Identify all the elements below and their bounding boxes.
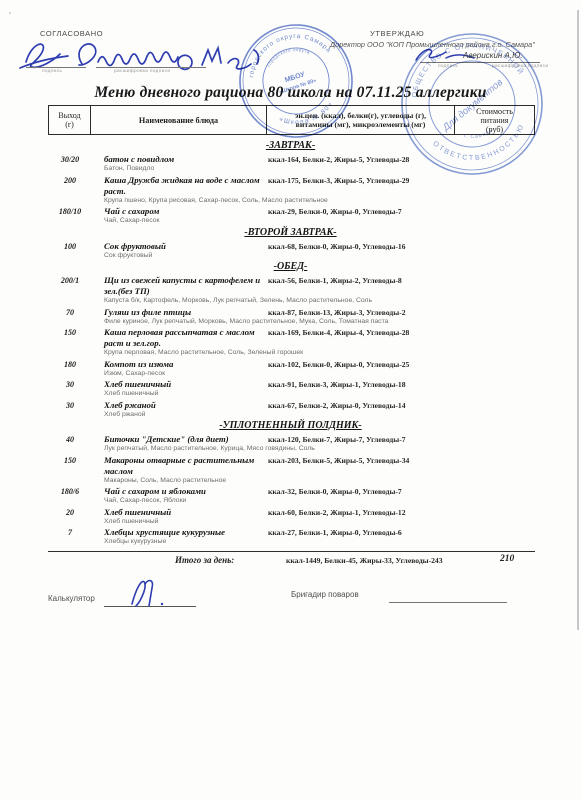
nutrition-info: ккал-29, Белки-0, Жиры-0, Углеводы-7	[268, 206, 468, 217]
menu-body: -ЗАВТРАК- 30/20 батон с повидлом ккал-16…	[0, 139, 581, 640]
nutrition-info: ккал-56, Белки-1, Жиры-2, Углеводы-8	[268, 275, 468, 297]
ingredients: Батон, Повидло	[96, 165, 468, 174]
dish-name: Гуляш из филе птицы	[96, 307, 264, 318]
ingredients: Капуста б/к, Картофель, Морковь, Лук реп…	[96, 297, 468, 306]
nutrition-info: ккал-32, Белки-0, Жиры-0, Углеводы-7	[268, 486, 468, 497]
menu-item: 30 Хлеб пшеничный ккал-91, Белки-3, Жиры…	[0, 379, 581, 399]
calculator-label: Калькулятор	[48, 594, 95, 603]
menu-item: 180 Компот из изюма ккал-102, Белки-0, Ж…	[0, 359, 581, 379]
dish-name: Хлеб пшеничный	[96, 507, 264, 518]
nutrition-info: ккал-175, Белки-3, Жиры-5, Углеводы-29	[268, 175, 468, 197]
portion-value: 180/10	[48, 206, 92, 217]
ingredients: Филе куриное, Лук репчатый, Морковь, Мас…	[96, 318, 468, 327]
portion-value: 30	[48, 379, 92, 390]
totals-cost: 210	[500, 554, 514, 564]
portion-value: 30	[48, 400, 92, 411]
portion-value: 20	[48, 507, 92, 518]
menu-item: 200/1 Щи из свежей капусты с картофелем …	[0, 275, 581, 306]
svg-text:городского округа Самара: городского округа Самара	[239, 22, 334, 80]
totals-label: Итого за день:	[175, 555, 234, 565]
svg-text:городского округа: городского округа	[263, 41, 312, 68]
calculator-signature-line	[104, 606, 196, 607]
ingredients: Чай, Сахар-песок, Яблоки	[96, 497, 468, 506]
school-stamp-arc-inner: городского округа	[263, 41, 312, 68]
ingredients: Хлеб ржаной	[96, 411, 468, 420]
menu-item: 150 Макароны отварные с растительным мас…	[0, 455, 581, 486]
scanned-menu-document: { "approvals": { "agreed": { "label": "С…	[0, 0, 581, 800]
menu-item: 200 Каша Дружба жидкая на воде с маслом …	[0, 175, 581, 206]
portion-value: 200	[48, 175, 92, 197]
header-cost: Стоимость питания (руб)	[455, 106, 534, 134]
menu-item: 40 Биточки "Детские" (для диет) ккал-120…	[0, 434, 581, 454]
nutrition-info: ккал-67, Белки-2, Жиры-0, Углеводы-14	[268, 400, 468, 411]
nutrition-info: ккал-91, Белки-3, Жиры-1, Углеводы-18	[268, 379, 468, 390]
dish-name: Чай с сахаром и яблоками	[96, 486, 264, 497]
dish-name: Хлеб ржаной	[96, 400, 264, 411]
nutrition-info: ккал-120, Белки-7, Жиры-7, Углеводы-7	[268, 434, 468, 445]
ingredients: Хлебцы кукурузные	[96, 538, 468, 547]
menu-item: 70 Гуляш из филе птицы ккал-87, Белки-13…	[0, 307, 581, 327]
nutrition-info: ккал-27, Белки-1, Жиры-0, Углеводы-6	[268, 527, 468, 538]
ingredients: Сок фруктовый	[96, 252, 468, 261]
dish-name: батон с повидлом	[96, 154, 264, 165]
brigade-signature-line	[389, 602, 507, 603]
header-dish: Наименование блюда	[91, 106, 267, 134]
portion-value: 7	[48, 527, 92, 538]
menu-item: 150 Каша перловая рассыпчатая с маслом р…	[0, 327, 581, 358]
approved-label: УТВЕРЖДАЮ	[370, 29, 424, 38]
scan-noise-dot	[9, 12, 11, 14]
ingredients: Изюм, Сахар-песок	[96, 370, 468, 379]
menu-item: 7 Хлебцы хрустящие кукурузные ккал-27, Б…	[0, 527, 581, 547]
section-title-snack: -УПЛОТНЕННЫЙ ПОЛДНИК-	[0, 420, 581, 432]
portion-value: 150	[48, 455, 92, 477]
totals-nutrition: ккал-1449, Белки-45, Жиры-33, Углеводы-2…	[286, 556, 443, 565]
menu-item: 20 Хлеб пшеничный ккал-60, Белки-2, Жиры…	[0, 507, 581, 527]
approved-transcript-caption: расшифровка подписи	[492, 64, 548, 69]
agreed-transcript-line	[96, 67, 206, 68]
nutrition-info: ккал-169, Белки-4, Жиры-4, Углеводы-28	[268, 327, 468, 349]
header-nutrition: эн.цен. (ккал), белки(г), углеводы (г), …	[267, 106, 455, 134]
menu-item: 100 Сок фруктовый ккал-68, Белки-0, Жиры…	[0, 241, 581, 261]
ingredients: Хлеб пшеничный	[96, 518, 468, 527]
menu-item: 180/10 Чай с сахаром ккал-29, Белки-0, Ж…	[0, 206, 581, 226]
section-title-second-breakfast: -ВТОРОЙ ЗАВТРАК-	[0, 227, 581, 239]
menu-item: 30/20 батон с повидлом ккал-164, Белки-2…	[0, 154, 581, 174]
dish-name: Чай с сахаром	[96, 206, 264, 217]
section-title-breakfast: -ЗАВТРАК-	[0, 140, 581, 152]
ingredients: Крупа пшено, Крупа рисовая, Сахар-песок,…	[96, 197, 468, 206]
approved-signature-caption: подпись	[438, 64, 458, 69]
approved-signature-line	[420, 62, 540, 63]
portion-value: 150	[48, 327, 92, 349]
portion-value: 100	[48, 241, 92, 252]
dish-name: Каша перловая рассыпчатая с маслом раст …	[96, 327, 264, 349]
portion-value: 70	[48, 307, 92, 318]
dish-name: Макароны отварные с растительным маслом	[96, 455, 264, 477]
dish-name: Хлебцы хрустящие кукурузные	[96, 527, 264, 538]
agreed-signature-line	[26, 67, 86, 68]
ingredients: Хлеб пшеничный	[96, 390, 468, 399]
portion-value: 180/6	[48, 486, 92, 497]
portion-value: 30/20	[48, 154, 92, 165]
approved-position: Директор ООО "КОП Промышленного района г…	[330, 40, 570, 49]
nutrition-info: ккал-87, Белки-13, Жиры-3, Углеводы-2	[268, 307, 468, 318]
brigade-label: Бригадир поваров	[291, 590, 359, 599]
portion-value: 180	[48, 359, 92, 370]
portion-value: 200/1	[48, 275, 92, 297]
header-portion: Выход (г)	[49, 106, 91, 134]
menu-item: 180/6 Чай с сахаром и яблоками ккал-32, …	[0, 486, 581, 506]
document-title: Меню дневного рациона 80 школа на 07.11.…	[0, 84, 581, 102]
section-title-lunch: -ОБЕД-	[0, 261, 581, 273]
dish-name: Биточки "Детские" (для диет)	[96, 434, 264, 445]
agreed-transcript-caption: расшифровка подписи	[114, 69, 170, 74]
dish-name: Хлеб пшеничный	[96, 379, 264, 390]
nutrition-info: ккал-68, Белки-0, Жиры-0, Углеводы-16	[268, 241, 468, 252]
nutrition-info: ккал-60, Белки-2, Жиры-1, Углеводы-12	[268, 507, 468, 518]
dish-name: Каша Дружба жидкая на воде с маслом раст…	[96, 175, 264, 197]
dish-name: Сок фруктовый	[96, 241, 264, 252]
footer: Калькулятор Бригадир поваров	[0, 580, 581, 640]
calculator-signature-ink	[118, 572, 182, 610]
nutrition-info: ккал-164, Белки-2, Жиры-5, Углеводы-28	[268, 154, 468, 165]
school-stamp-arc-top: городского округа Самара	[239, 22, 334, 80]
menu-item: 30 Хлеб ржаной ккал-67, Белки-2, Жиры-0,…	[0, 400, 581, 420]
ingredients: Макароны, Соль, Масло растительное	[96, 477, 468, 486]
portion-value: 40	[48, 434, 92, 445]
nutrition-info: ккал-102, Белки-0, Жиры-0, Углеводы-25	[268, 359, 468, 370]
ingredients: Лук репчатый, Масло растительное, Курица…	[96, 445, 468, 454]
agreed-label: СОГЛАСОВАНО	[40, 29, 103, 38]
agreed-signature-caption: подпись	[42, 69, 62, 74]
table-header: Выход (г) Наименование блюда эн.цен. (кк…	[48, 105, 535, 135]
totals-row: Итого за день: ккал-1449, Белки-45, Жиры…	[48, 551, 535, 570]
nutrition-info: ккал-203, Белки-5, Жиры-5, Углеводы-34	[268, 455, 468, 477]
dish-name: Компот из изюма	[96, 359, 264, 370]
school-stamp-center-line1: МБОУ	[284, 71, 306, 84]
dish-name: Щи из свежей капусты с картофелем и зел.…	[96, 275, 264, 297]
approved-name: Аверискин А.Ю.	[463, 51, 523, 60]
ingredients: Крупа перловая, Масло растительное, Соль…	[96, 349, 468, 358]
ingredients: Чай, Сахар-песок	[96, 217, 468, 226]
